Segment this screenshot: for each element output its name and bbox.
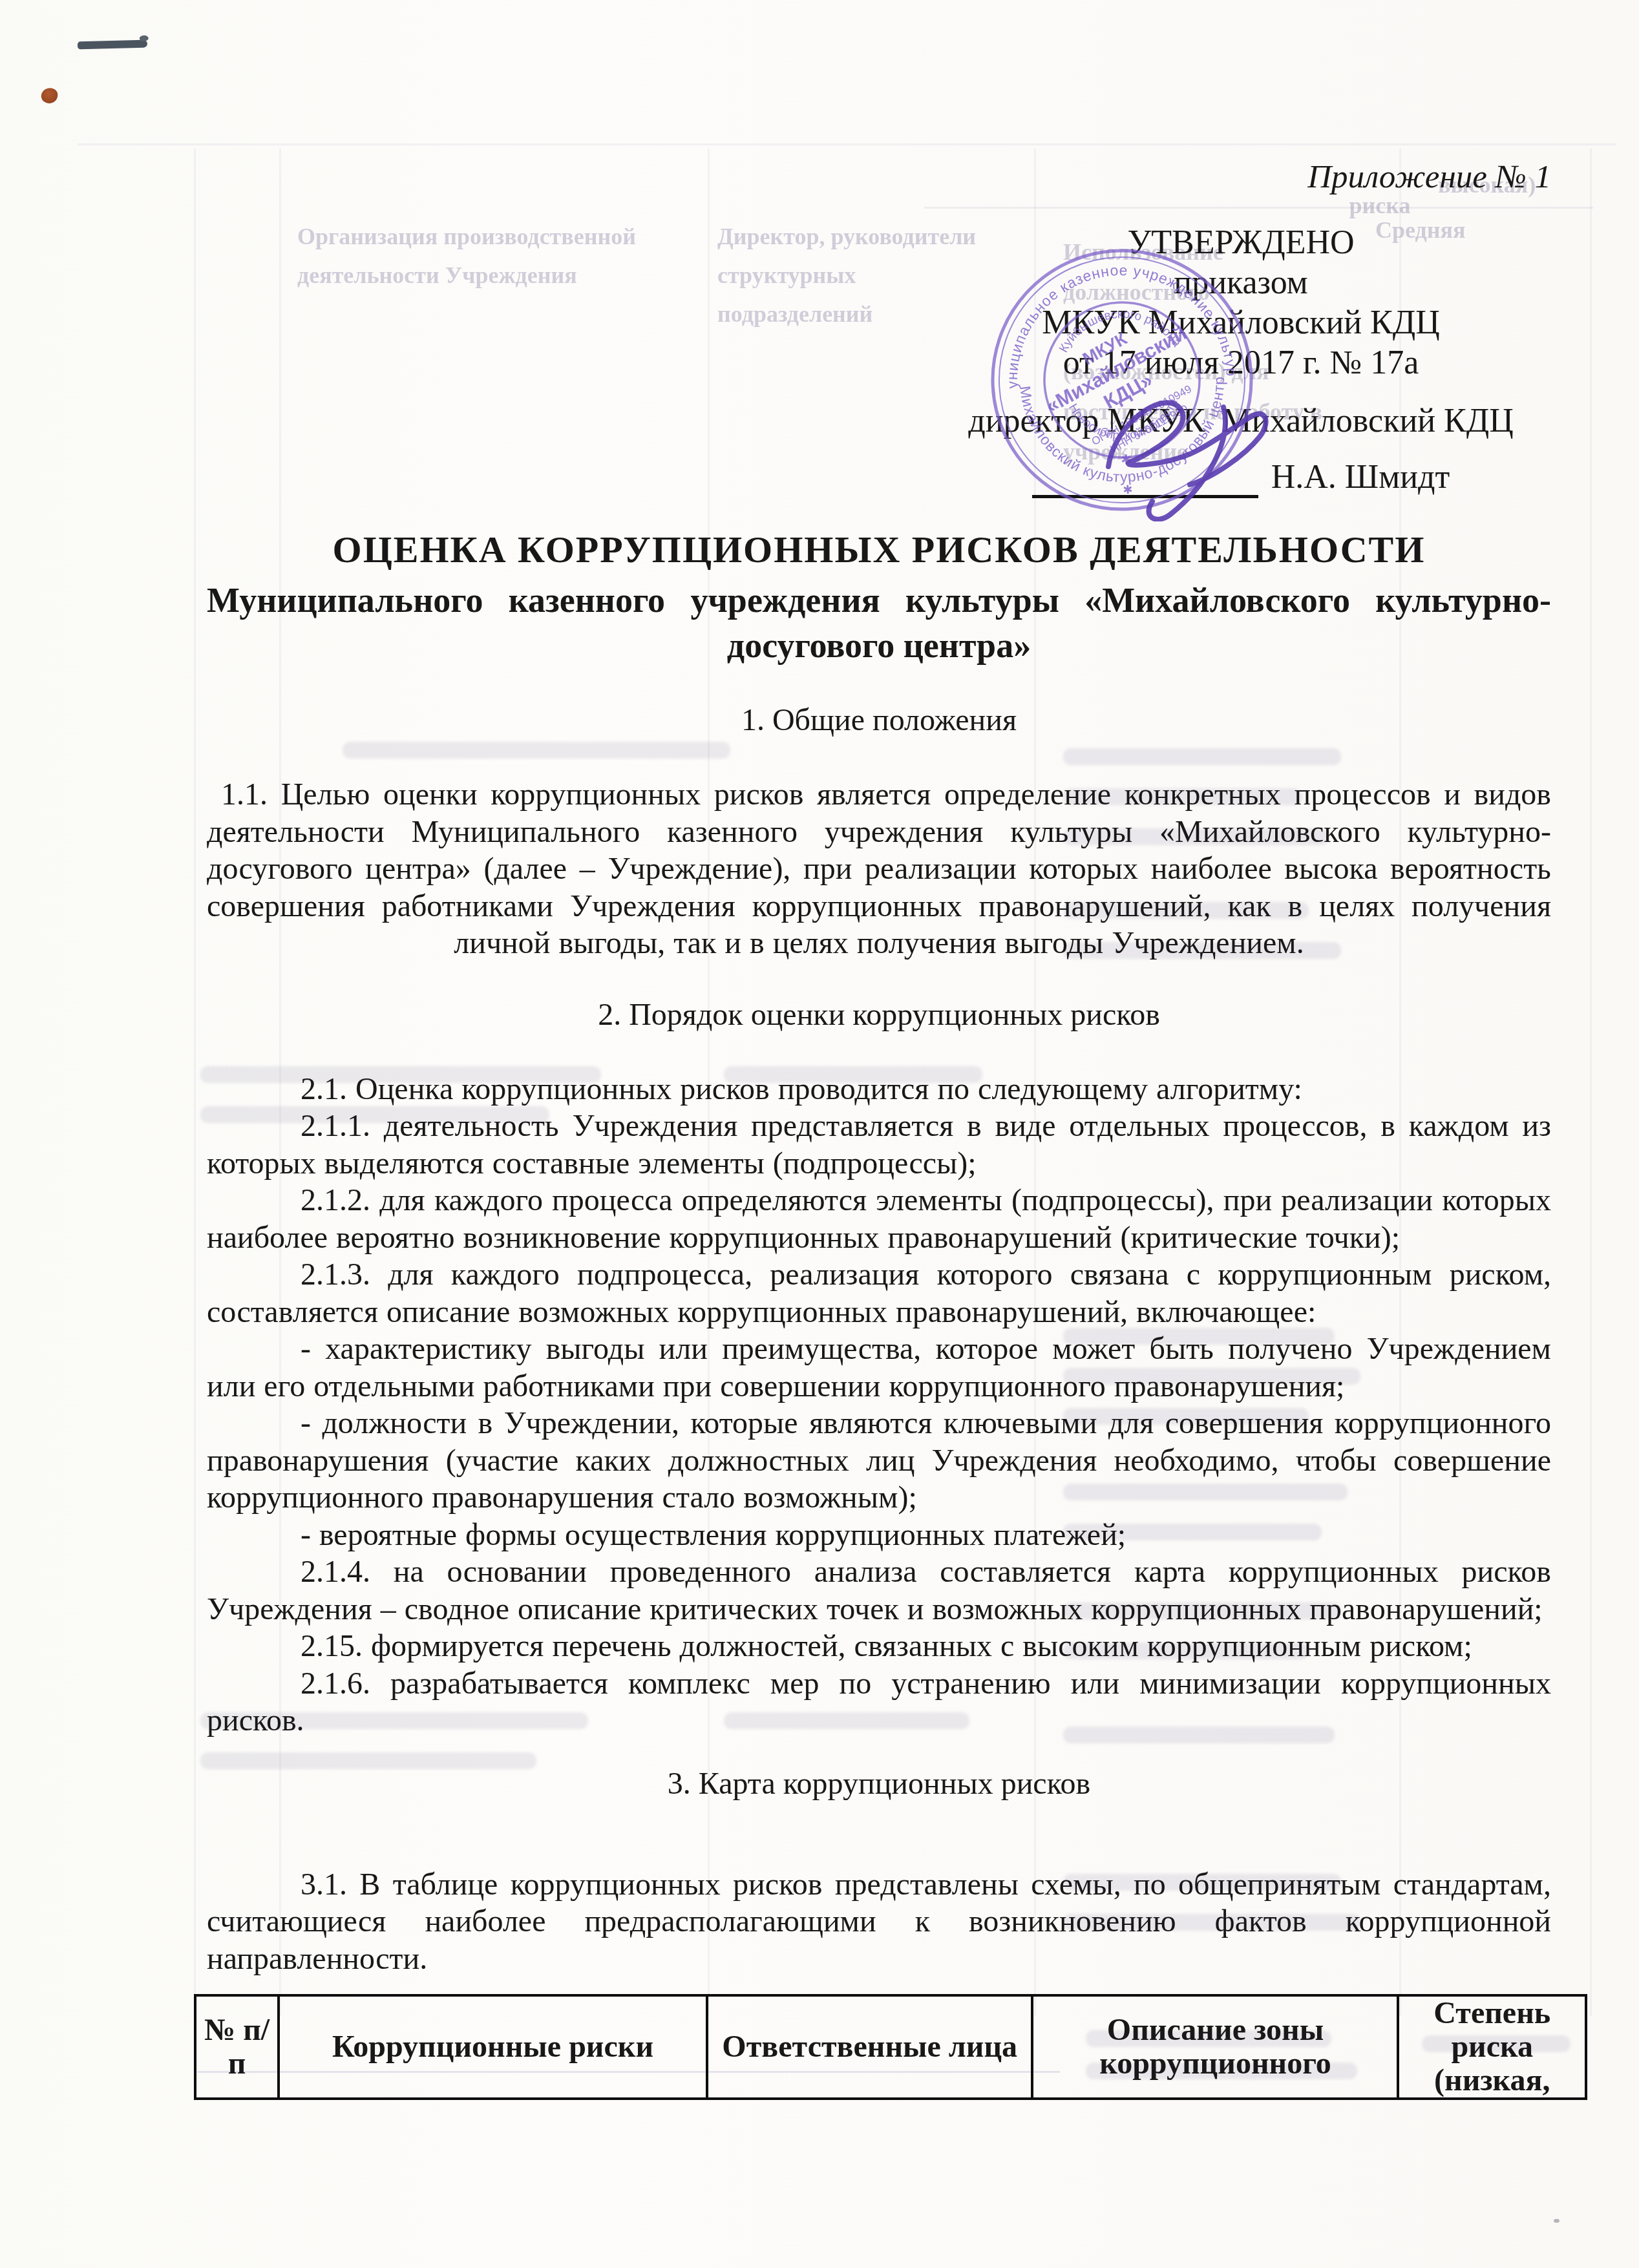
table-header-risks: Коррупционные риски xyxy=(279,1995,707,2099)
heading-section-3: 3. Карта коррупционных рисков xyxy=(207,1765,1551,1803)
paragraph-1-1: 1.1. Целью оценки коррупционных рисков я… xyxy=(207,776,1551,962)
document-subtitle: Муниципального казенного учреждения куль… xyxy=(207,578,1551,668)
table-header-zone: Описание зоны коррупционного xyxy=(1032,1995,1398,2099)
heading-section-1: 1. Общие положения xyxy=(207,702,1551,739)
paragraph-2-1-6: 2.1.6. разрабатывается комплекс мер по у… xyxy=(207,1665,1551,1739)
bleed-table-line xyxy=(194,149,196,2016)
list-item-benefit: - характеристику выгоды или преимущества… xyxy=(207,1330,1551,1405)
list-item-positions: - должности в Учреждении, которые являют… xyxy=(207,1405,1551,1517)
document-title: ОЦЕНКА КОРРУПЦИОННЫХ РИСКОВ ДЕЯТЕЛЬНОСТИ xyxy=(207,527,1551,572)
table-header-row: № п/п Коррупционные риски Ответственные … xyxy=(195,1995,1586,2099)
pen-mark-artifact xyxy=(78,40,147,50)
handwritten-signature xyxy=(1070,370,1289,521)
list-item-payment-forms: - вероятные формы осуществления коррупци… xyxy=(207,1517,1551,1554)
table-header-number: № п/п xyxy=(195,1995,279,2099)
document-body: Приложение № 1 УТВЕРЖДЕНО приказом МКУК … xyxy=(207,0,1551,2100)
paragraph-2-1-2: 2.1.2. для каждого процесса определяются… xyxy=(207,1182,1551,1256)
paragraph-2-1: 2.1. Оценка коррупционных рисков проводи… xyxy=(207,1071,1551,1108)
paragraph-2-1-1: 2.1.1. деятельность Учреждения представл… xyxy=(207,1108,1551,1182)
signature-name: Н.А. Шмидт xyxy=(1271,458,1450,497)
heading-section-2: 2. Порядок оценки коррупционных рисков xyxy=(207,996,1551,1034)
paragraph-2-15: 2.15. формируется перечень должностей, с… xyxy=(207,1628,1551,1665)
corruption-risk-table: № п/п Коррупционные риски Ответственные … xyxy=(194,1994,1587,2100)
scanned-document-page: риска высокая) Средняя Организация произ… xyxy=(0,0,1639,2268)
table-header-responsible: Ответственные лица xyxy=(707,1995,1033,2099)
paragraph-2-1-4: 2.1.4. на основании проведенного анализа… xyxy=(207,1553,1551,1628)
ink-blot-artifact xyxy=(39,86,59,105)
dust-speck-artifact xyxy=(1554,2219,1560,2223)
appendix-label: Приложение № 1 xyxy=(207,158,1551,196)
bleed-table-line xyxy=(1590,149,1592,2016)
table-header-degree: Степень риска (низкая, xyxy=(1398,1995,1586,2099)
signature-stroke xyxy=(1108,403,1266,485)
paragraph-3-1: 3.1. В таблице коррупционных рисков пред… xyxy=(207,1866,1551,1978)
paragraph-2-1-3: 2.1.3. для каждого подпроцесса, реализац… xyxy=(207,1256,1551,1330)
